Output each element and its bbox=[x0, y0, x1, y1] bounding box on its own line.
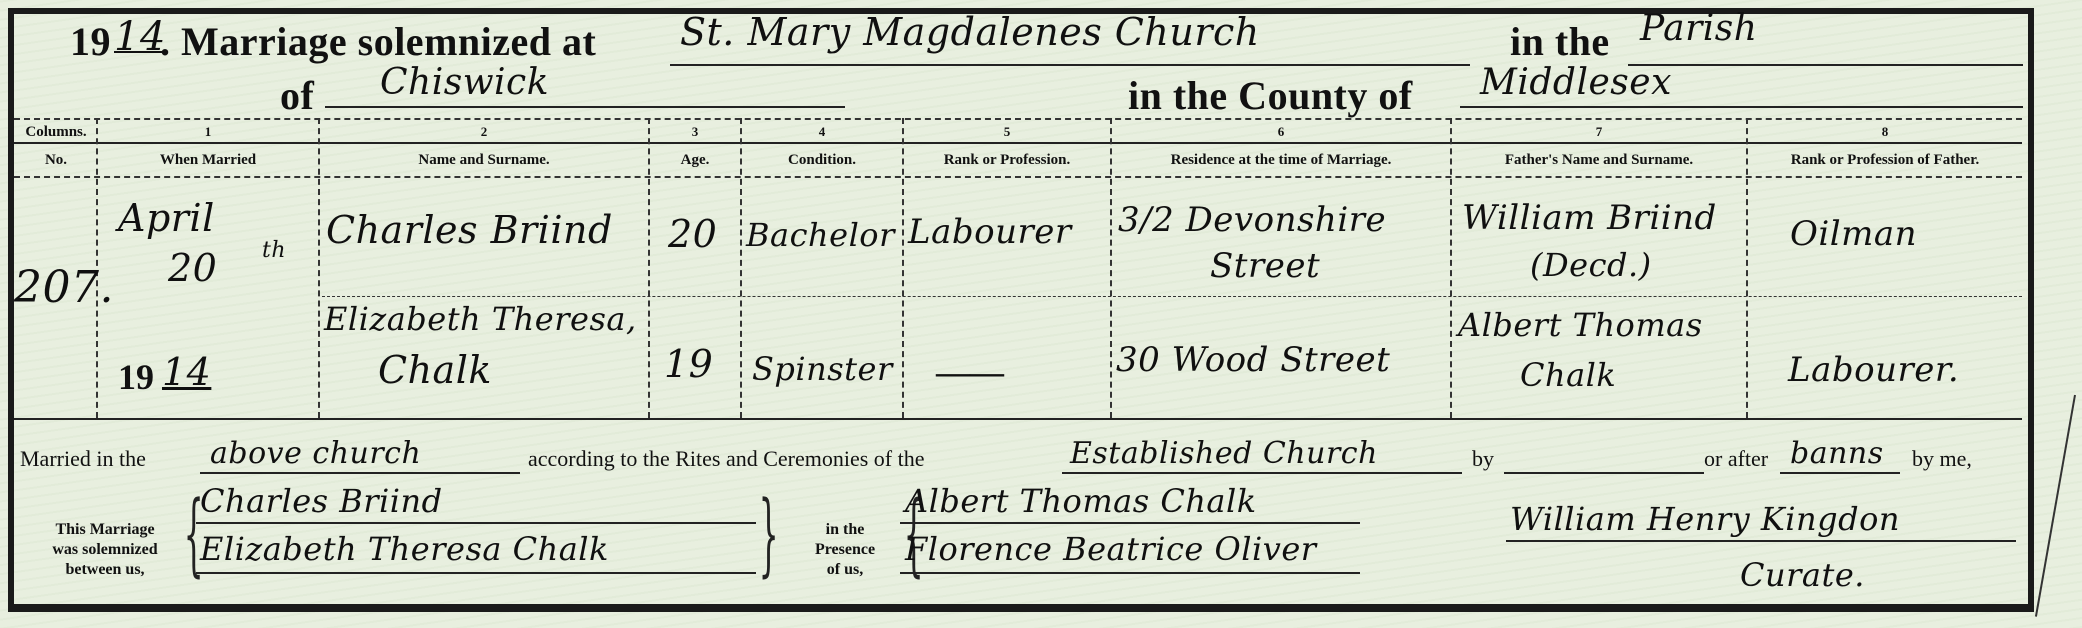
bride-father-name-line2: Chalk bbox=[1520, 356, 1616, 394]
bride-residence: 30 Wood Street bbox=[1116, 340, 1390, 380]
left-brace-close: } bbox=[759, 490, 779, 580]
header-when-married: When Married bbox=[98, 152, 318, 169]
col-num-2: 2 bbox=[320, 124, 648, 140]
heading-year-handwritten: 14 bbox=[114, 14, 166, 60]
bride-condition: Spinster bbox=[752, 350, 893, 388]
header-name-surname: Name and Surname. bbox=[320, 152, 648, 169]
according-label: according to the Rites and Ceremonies of… bbox=[528, 446, 925, 472]
header-residence: Residence at the time of Marriage. bbox=[1112, 152, 1450, 169]
bride-father-rank: Labourer. bbox=[1788, 350, 1959, 390]
heading-solemnized-label: . Marriage solemnized at bbox=[160, 18, 596, 65]
witness2-underline bbox=[900, 572, 1360, 574]
rites-value: Established Church bbox=[1070, 436, 1378, 471]
col-num-6: 6 bbox=[1112, 124, 1450, 140]
heading-of-label: of bbox=[280, 72, 314, 119]
presence-label-line2: Presence bbox=[790, 540, 900, 560]
heading-parish: Chiswick bbox=[380, 62, 549, 103]
no-label: No. bbox=[16, 152, 96, 169]
or-after-underline bbox=[1780, 472, 1900, 474]
groom-rank: Labourer bbox=[908, 212, 1072, 252]
groom-father-name-line2: (Decd.) bbox=[1530, 246, 1652, 284]
header-rank-profession: Rank or Profession. bbox=[904, 152, 1110, 169]
heading-year-prefix: 19 bbox=[70, 18, 111, 65]
header-bottom-rule bbox=[14, 176, 2022, 178]
or-after-value: banns bbox=[1790, 436, 1884, 471]
rites-underline bbox=[1062, 472, 1462, 474]
heading-in-the-label: in the bbox=[1510, 18, 1610, 65]
when-married-day: 20 bbox=[168, 246, 217, 290]
groom-father-rank: Oilman bbox=[1790, 214, 1917, 254]
bride-rank-blank: —— bbox=[936, 354, 1004, 392]
witness1-signature: Albert Thomas Chalk bbox=[905, 482, 1257, 520]
header-father-rank: Rank or Profession of Father. bbox=[1748, 152, 2022, 169]
bride-name-line1: Elizabeth Theresa, bbox=[324, 300, 637, 338]
heading-district-type: Parish bbox=[1640, 8, 1757, 49]
witness1-underline bbox=[900, 522, 1360, 524]
groom-residence-line2: Street bbox=[1210, 246, 1320, 286]
col-num-4: 4 bbox=[742, 124, 902, 140]
groom-condition: Bachelor bbox=[746, 216, 895, 254]
between-label-line3: between us, bbox=[30, 560, 180, 580]
col-num-7: 7 bbox=[1452, 124, 1746, 140]
columns-label: Columns. bbox=[16, 124, 96, 141]
table-bottom-rule bbox=[14, 418, 2022, 420]
between-label-line1: This Marriage bbox=[30, 520, 180, 540]
county-underline bbox=[1460, 106, 2023, 108]
between-label: This Marriage was solemnized between us, bbox=[30, 520, 180, 580]
district-underline bbox=[1628, 64, 2023, 66]
when-married-day-suffix: th bbox=[262, 238, 286, 263]
bride-age: 19 bbox=[664, 342, 713, 386]
groom-residence-line1: 3/2 Devonshire bbox=[1118, 200, 1386, 240]
officiant-signature: William Henry Kingdon bbox=[1510, 500, 1900, 538]
by-label: by bbox=[1472, 446, 1494, 472]
row-separator bbox=[322, 296, 2022, 297]
bride-name-line2: Chalk bbox=[378, 348, 492, 392]
officiant-title: Curate. bbox=[1740, 556, 1865, 594]
by-me-label: by me, bbox=[1912, 446, 1972, 472]
entry-number: 207. bbox=[14, 262, 114, 313]
col-num-8: 8 bbox=[1748, 124, 2022, 140]
presence-label-line3: of us, bbox=[790, 560, 900, 580]
bride-father-name-line1: Albert Thomas bbox=[1458, 306, 1703, 344]
header-mid-rule bbox=[14, 142, 2022, 144]
or-after-label: or after bbox=[1704, 446, 1768, 472]
groom-age: 20 bbox=[668, 212, 717, 256]
table-top-rule bbox=[14, 118, 2022, 120]
married-in-value: above church bbox=[210, 436, 421, 471]
header-condition: Condition. bbox=[742, 152, 902, 169]
party1-signature: Charles Briind bbox=[200, 482, 443, 520]
parish-underline bbox=[325, 106, 845, 108]
party2-signature: Elizabeth Theresa Chalk bbox=[200, 530, 609, 568]
col-num-3: 3 bbox=[650, 124, 740, 140]
place-underline bbox=[670, 64, 1470, 66]
heading-county-label: in the County of bbox=[1128, 72, 1413, 119]
groom-father-name-line1: William Briind bbox=[1462, 198, 1717, 238]
when-married-year-prefix: 19 bbox=[118, 356, 154, 398]
when-married-month: April bbox=[118, 196, 215, 240]
officiant-underline bbox=[1506, 540, 2016, 542]
married-in-underline bbox=[200, 472, 520, 474]
witness2-signature: Florence Beatrice Oliver bbox=[905, 530, 1317, 568]
party2-underline bbox=[196, 572, 756, 574]
heading-place: St. Mary Magdalenes Church bbox=[680, 10, 1260, 54]
married-in-label: Married in the bbox=[20, 446, 146, 472]
presence-label: in the Presence of us, bbox=[790, 520, 900, 580]
when-married-year-handwritten: 14 bbox=[162, 350, 211, 394]
party1-underline bbox=[196, 522, 756, 524]
groom-name: Charles Briind bbox=[326, 208, 613, 252]
by-underline bbox=[1504, 472, 1704, 474]
heading-county: Middlesex bbox=[1480, 62, 1672, 103]
col-num-1: 1 bbox=[98, 124, 318, 140]
col-num-5: 5 bbox=[904, 124, 1110, 140]
header-age: Age. bbox=[650, 152, 740, 169]
header-father-name: Father's Name and Surname. bbox=[1452, 152, 1746, 169]
between-label-line2: was solemnized bbox=[30, 540, 180, 560]
presence-label-line1: in the bbox=[790, 520, 900, 540]
